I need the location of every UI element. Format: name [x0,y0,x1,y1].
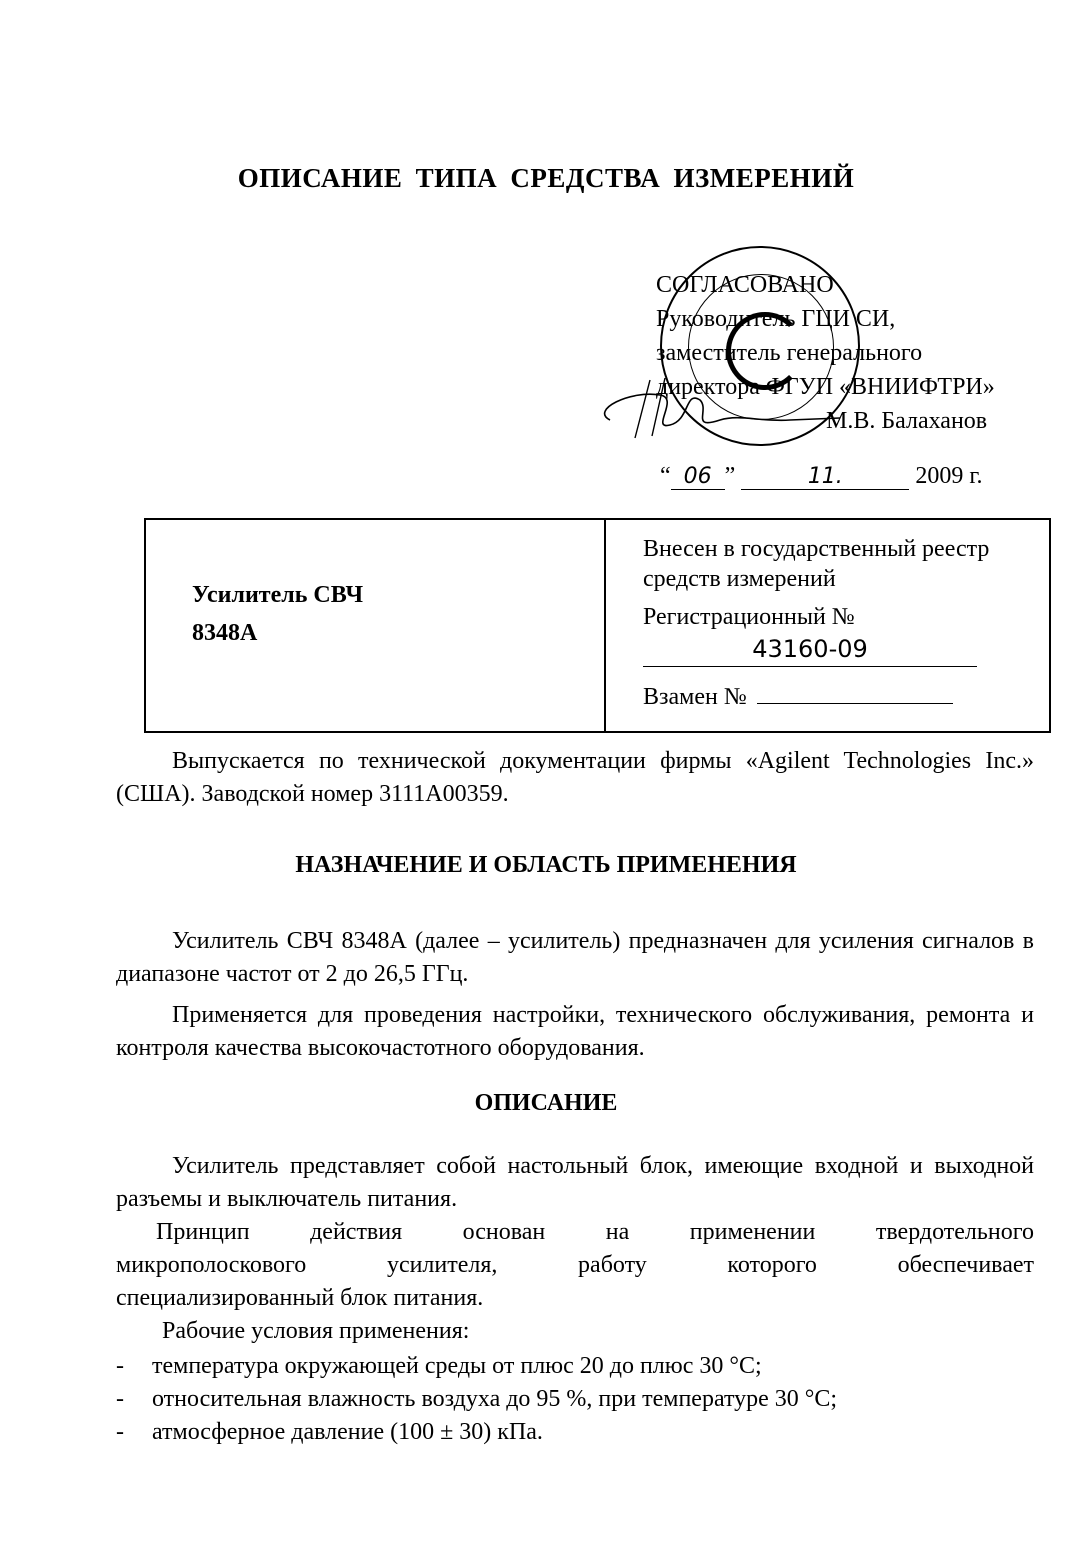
word: обеспечивает [898,1249,1034,1282]
word: микрополоскового [116,1249,306,1282]
word: применении [690,1216,816,1249]
word: Принцип [156,1216,250,1249]
registration-number: 43160-09 [643,632,977,667]
list-item: - относительная влажность воздуха до 95 … [116,1383,837,1416]
product-cell: Усилитель СВЧ 8348А [192,576,363,652]
list-item: - атмосферное давление (100 ± 30) кПа. [116,1416,837,1449]
list-item: - температура окружающей среды от плюс 2… [116,1350,837,1383]
conditions-label: Рабочие условия применения: [116,1315,469,1348]
condition-temperature: температура окружающей среды от плюс 20 … [152,1350,762,1383]
bullet: - [116,1383,152,1416]
quote-open: “ [660,463,671,489]
approval-position-2: заместитель генерального [656,336,995,370]
registry-line-1: Внесен в государственный реестр [643,534,989,564]
quote-close: ” [725,463,736,489]
condition-pressure: атмосферное давление (100 ± 30) кПа. [152,1416,543,1449]
condition-humidity: относительная влажность воздуха до 95 %,… [152,1383,837,1416]
approval-heading: СОГЛАСОВАНО [656,268,995,302]
manufacturer-paragraph: Выпускается по технической документации … [116,745,1034,811]
approval-position: Руководитель ГЦИ СИ, [656,302,995,336]
registration-label: Регистрационный № [643,602,989,632]
word: на [606,1216,630,1249]
word: которого [727,1249,817,1282]
product-model: 8348А [192,614,363,652]
document-title: ОПИСАНИЕ ТИПА СРЕДСТВА ИЗМЕРЕНИЙ [0,163,1092,194]
approval-date: “06” 11. 2009 г. [660,463,982,490]
purpose-paragraph-2: Применяется для проведения настройки, те… [116,999,1034,1065]
word: действия [310,1216,402,1249]
date-day: 06 [671,464,725,490]
date-month: 11. [741,464,909,490]
replaces-label: Взамен № [643,684,747,710]
purpose-paragraph-1: Усилитель СВЧ 8348А (далее – усилитель) … [116,925,1034,991]
bullet: - [116,1416,152,1449]
replaces-blank [757,681,953,704]
bullet: - [116,1350,152,1383]
section-heading-description: ОПИСАНИЕ [0,1090,1092,1117]
registry-cell: Внесен в государственный реестр средств … [643,534,989,712]
word: усилителя, [387,1249,497,1282]
conditions-list: - температура окружающей среды от плюс 2… [116,1350,837,1449]
registry-line-2: средств измерений [643,564,989,594]
description-paragraph-2: Принцип действия основан на применении т… [116,1216,1034,1315]
approval-signatory: М.В. Балаханов [656,404,995,438]
product-name: Усилитель СВЧ [192,576,363,614]
word: твердотельного [876,1216,1034,1249]
approval-organization: директора ФГУП «ВНИИФТРИ» [656,370,995,404]
description-paragraph-1: Усилитель представляет собой настольный … [116,1150,1034,1216]
word: работу [578,1249,647,1282]
registry-info-box: Усилитель СВЧ 8348А Внесен в государстве… [144,518,1051,733]
section-heading-purpose: НАЗНАЧЕНИЕ И ОБЛАСТЬ ПРИМЕНЕНИЯ [0,852,1092,879]
word: основан [463,1216,546,1249]
description-paragraph-2-end: специализированный блок питания. [116,1282,1034,1315]
box-divider [604,520,606,731]
date-year: 2009 г. [915,463,982,489]
replaces-row: Взамен № [643,681,989,712]
approval-block: СОГЛАСОВАНО Руководитель ГЦИ СИ, замести… [656,268,995,438]
